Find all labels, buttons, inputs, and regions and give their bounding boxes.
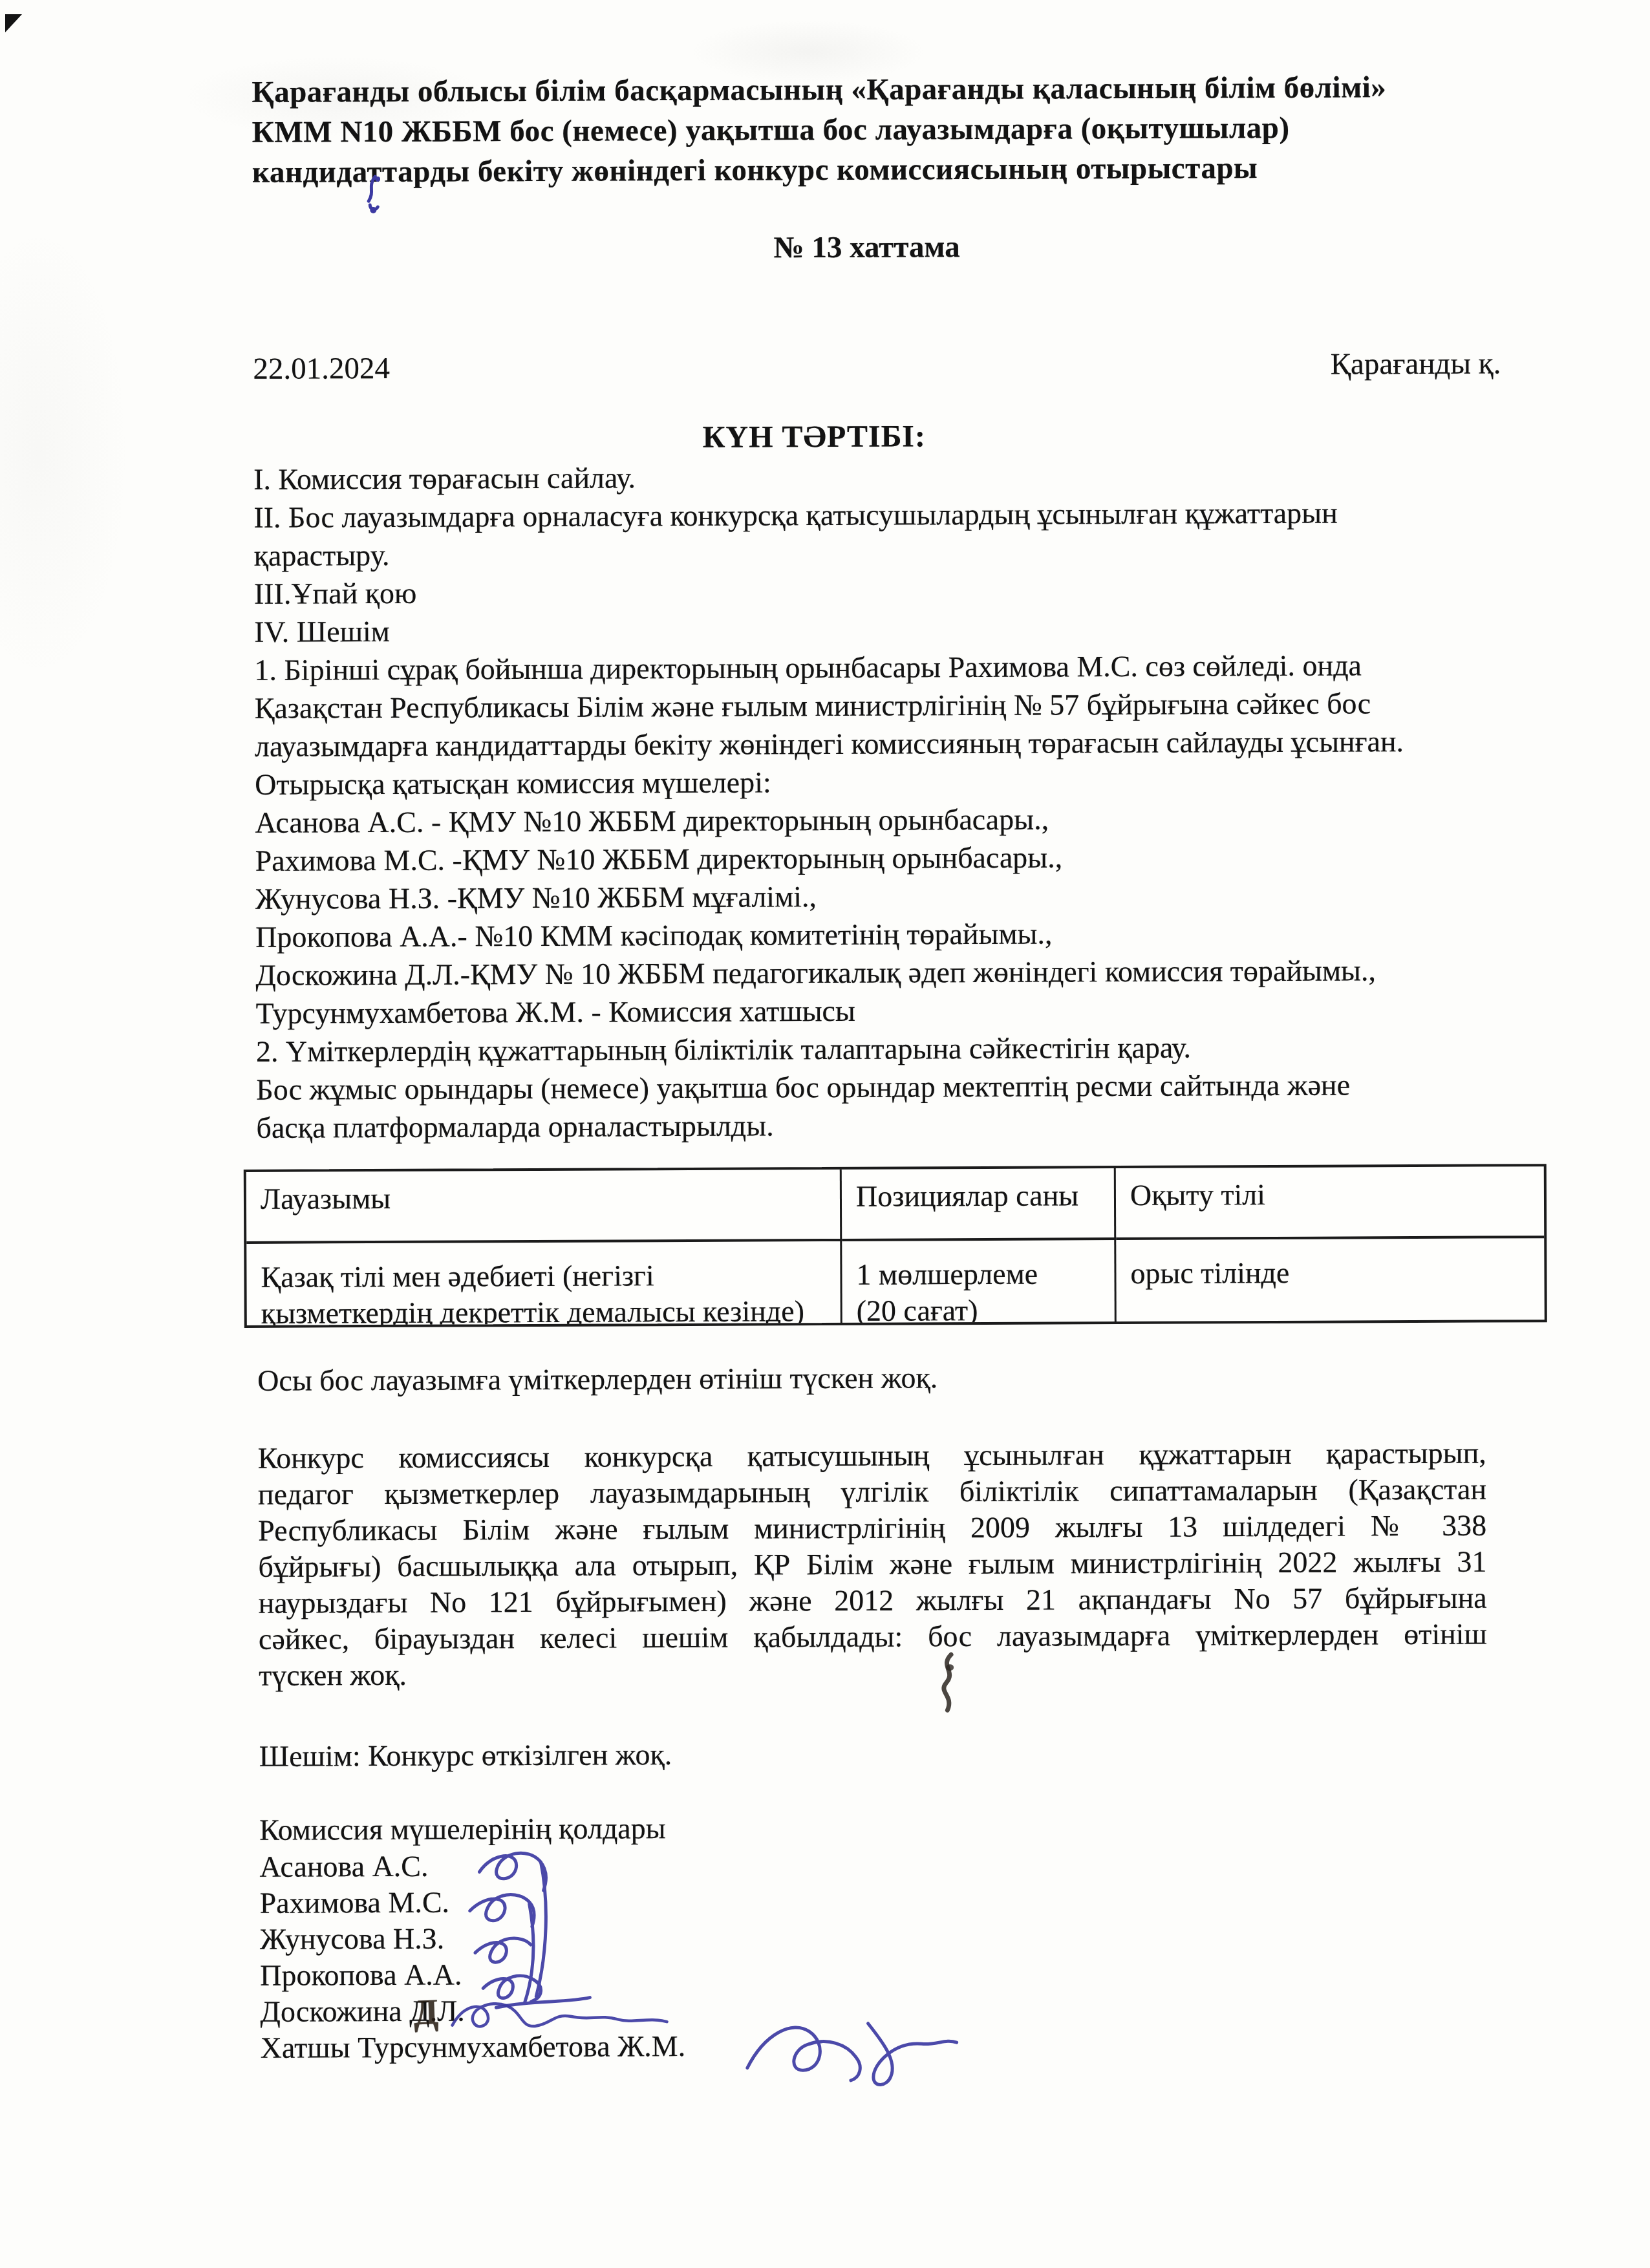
table-cell-count-line: (20 сағат) [857,1292,1102,1323]
table-header-position: Лауазымы [246,1170,842,1244]
protocol-number-title: № 13 хаттама [252,228,1481,268]
paragraph-line: 1. Бірінші сұрақ бойынша директорының ор… [254,645,1508,689]
agenda-item: IV. Шешім [254,607,1508,650]
scanned-document-page: Қарағанды облысы білім басқармасының «Қа… [0,0,1650,2268]
date-city-row: 22.01.2024 Қарағанды қ. [253,346,1501,386]
decision-line: Шешім: Конкурс өткізілген жоқ. [259,1734,1488,1773]
paragraph-line: бұйрығы) басшылыққа ала отырып, ҚР Білім… [258,1544,1486,1585]
member-item: Рахимова М.С. -ҚМУ №10 ЖББМ директорының… [255,836,1510,879]
agenda-item-continuation: қарастыру. [253,531,1508,574]
signatures-heading: Комиссия мүшелерінің қолдары [259,1808,1488,1847]
signer-name: Жунусова Н.З. [260,1922,445,1956]
blue-ink-mark [356,171,389,222]
document-title-line: Қарағанды облысы білім басқармасының «Қа… [252,67,1389,112]
table-header-count: Позициялар саны [842,1168,1116,1241]
document-content: Қарағанды облысы білім басқармасының «Қа… [0,0,1650,2268]
agenda-item: I. Комиссия төрағасын сайлау. [253,455,1508,498]
document-title-line: КММ N10 ЖББМ бос (немесе) уақытша бос ла… [252,107,1390,153]
member-item: Доскожина Д.Л.-ҚМУ № 10 ЖББМ педагогикал… [255,950,1510,994]
no-applications-line: Осы бос лауазымға үміткерлерден өтініш т… [257,1358,1486,1398]
signature-row: Рахимова М.С. [260,1880,1488,1921]
paragraph-line: түскен жоқ. [259,1653,1487,1694]
paragraph-line: Бос жұмыс орындары (немесе) уақытша бос … [256,1065,1510,1108]
table-cell-position: Қазақ тілі мен әдебиеті (негізгі қызметк… [246,1241,842,1325]
signer-name: Асанова А.С. [259,1850,428,1883]
paragraph-line: Қазақстан Республикасы Білім және ғылым … [255,683,1509,727]
member-item: Жунусова Н.З. -ҚМУ №10 ЖББМ мұғалімі., [255,874,1510,917]
signer-name: Рахимова М.С. [260,1886,450,1920]
signature-row: Жунусова Н.З. [260,1916,1488,1958]
table-header-language: Оқыту тілі [1116,1166,1544,1240]
document-title: Қарағанды облысы білім басқармасының «Қа… [252,67,1390,193]
table-cell-count: 1 мөлшерлеме (20 сағат) [842,1240,1117,1323]
overwritten-letter: Д [412,1991,439,2033]
signer-name: Прокопова А.А. [260,1958,462,1991]
members-intro: Отырысқа қатысқан комиссия мүшелері: [255,760,1509,803]
paragraph-line: Республикасы Білім және ғылым министрліг… [258,1508,1486,1549]
member-item: Прокопова А.А.- №10 КММ кәсіподақ комите… [255,912,1510,956]
paragraph-line: басқа платформаларда орналастырылды. [256,1103,1510,1146]
paragraph-line: лауазымдарға кандидаттарды бекіту жөнінд… [255,722,1509,765]
document-body: I. Комиссия төрағасын сайлау. II. Бос ла… [253,455,1511,1146]
protocol-date: 22.01.2024 [253,352,390,386]
signature-doskozhina-ink [444,1987,677,2045]
paragraph-line: сәйкес, бірауыздан келесі шешім қабылдад… [259,1616,1487,1658]
vacancy-table: Лауазымы Позициялар саны Оқыту тілі Қаза… [244,1164,1547,1328]
paragraph-line: наурыздағы No 121 бұйрығымен) және 2012 … [259,1580,1487,1621]
paragraph-line: Конкурс комиссиясы конкурсқа қатысушының… [258,1435,1486,1477]
agenda-item: II. Бос лауазымдарға орналасуға конкурсқ… [253,493,1508,536]
signature-secretary-ink [735,2004,969,2099]
paragraph-line: педагог қызметкерлер лауазымдарының үлгі… [258,1471,1486,1513]
paragraph-line: 2. Үміткерлердің құжаттарының біліктілік… [256,1027,1510,1070]
member-item: Турсунмухамбетова Ж.М. - Комиссия хатшыс… [256,989,1510,1032]
document-title-line: кандидаттарды бекіту жөніндегі конкурс к… [252,147,1390,193]
agenda-heading: КҮН ТӘРТІБІ: [253,416,1375,457]
agenda-item: III.Ұпай қою [254,569,1508,612]
protocol-city: Қарағанды қ. [1331,346,1501,381]
table-cell-language: орыс тілінде [1116,1238,1545,1321]
table-cell-count-line: 1 мөлшерлеме [856,1256,1101,1293]
member-item: Асанова А.С. - ҚМУ №10 ЖББМ директорының… [255,798,1509,841]
decision-paragraph: Конкурс комиссиясы конкурсқа қатысушының… [258,1435,1488,1694]
dark-ink-smudge [933,1649,968,1717]
signature-row: Асанова А.С. [259,1844,1488,1885]
